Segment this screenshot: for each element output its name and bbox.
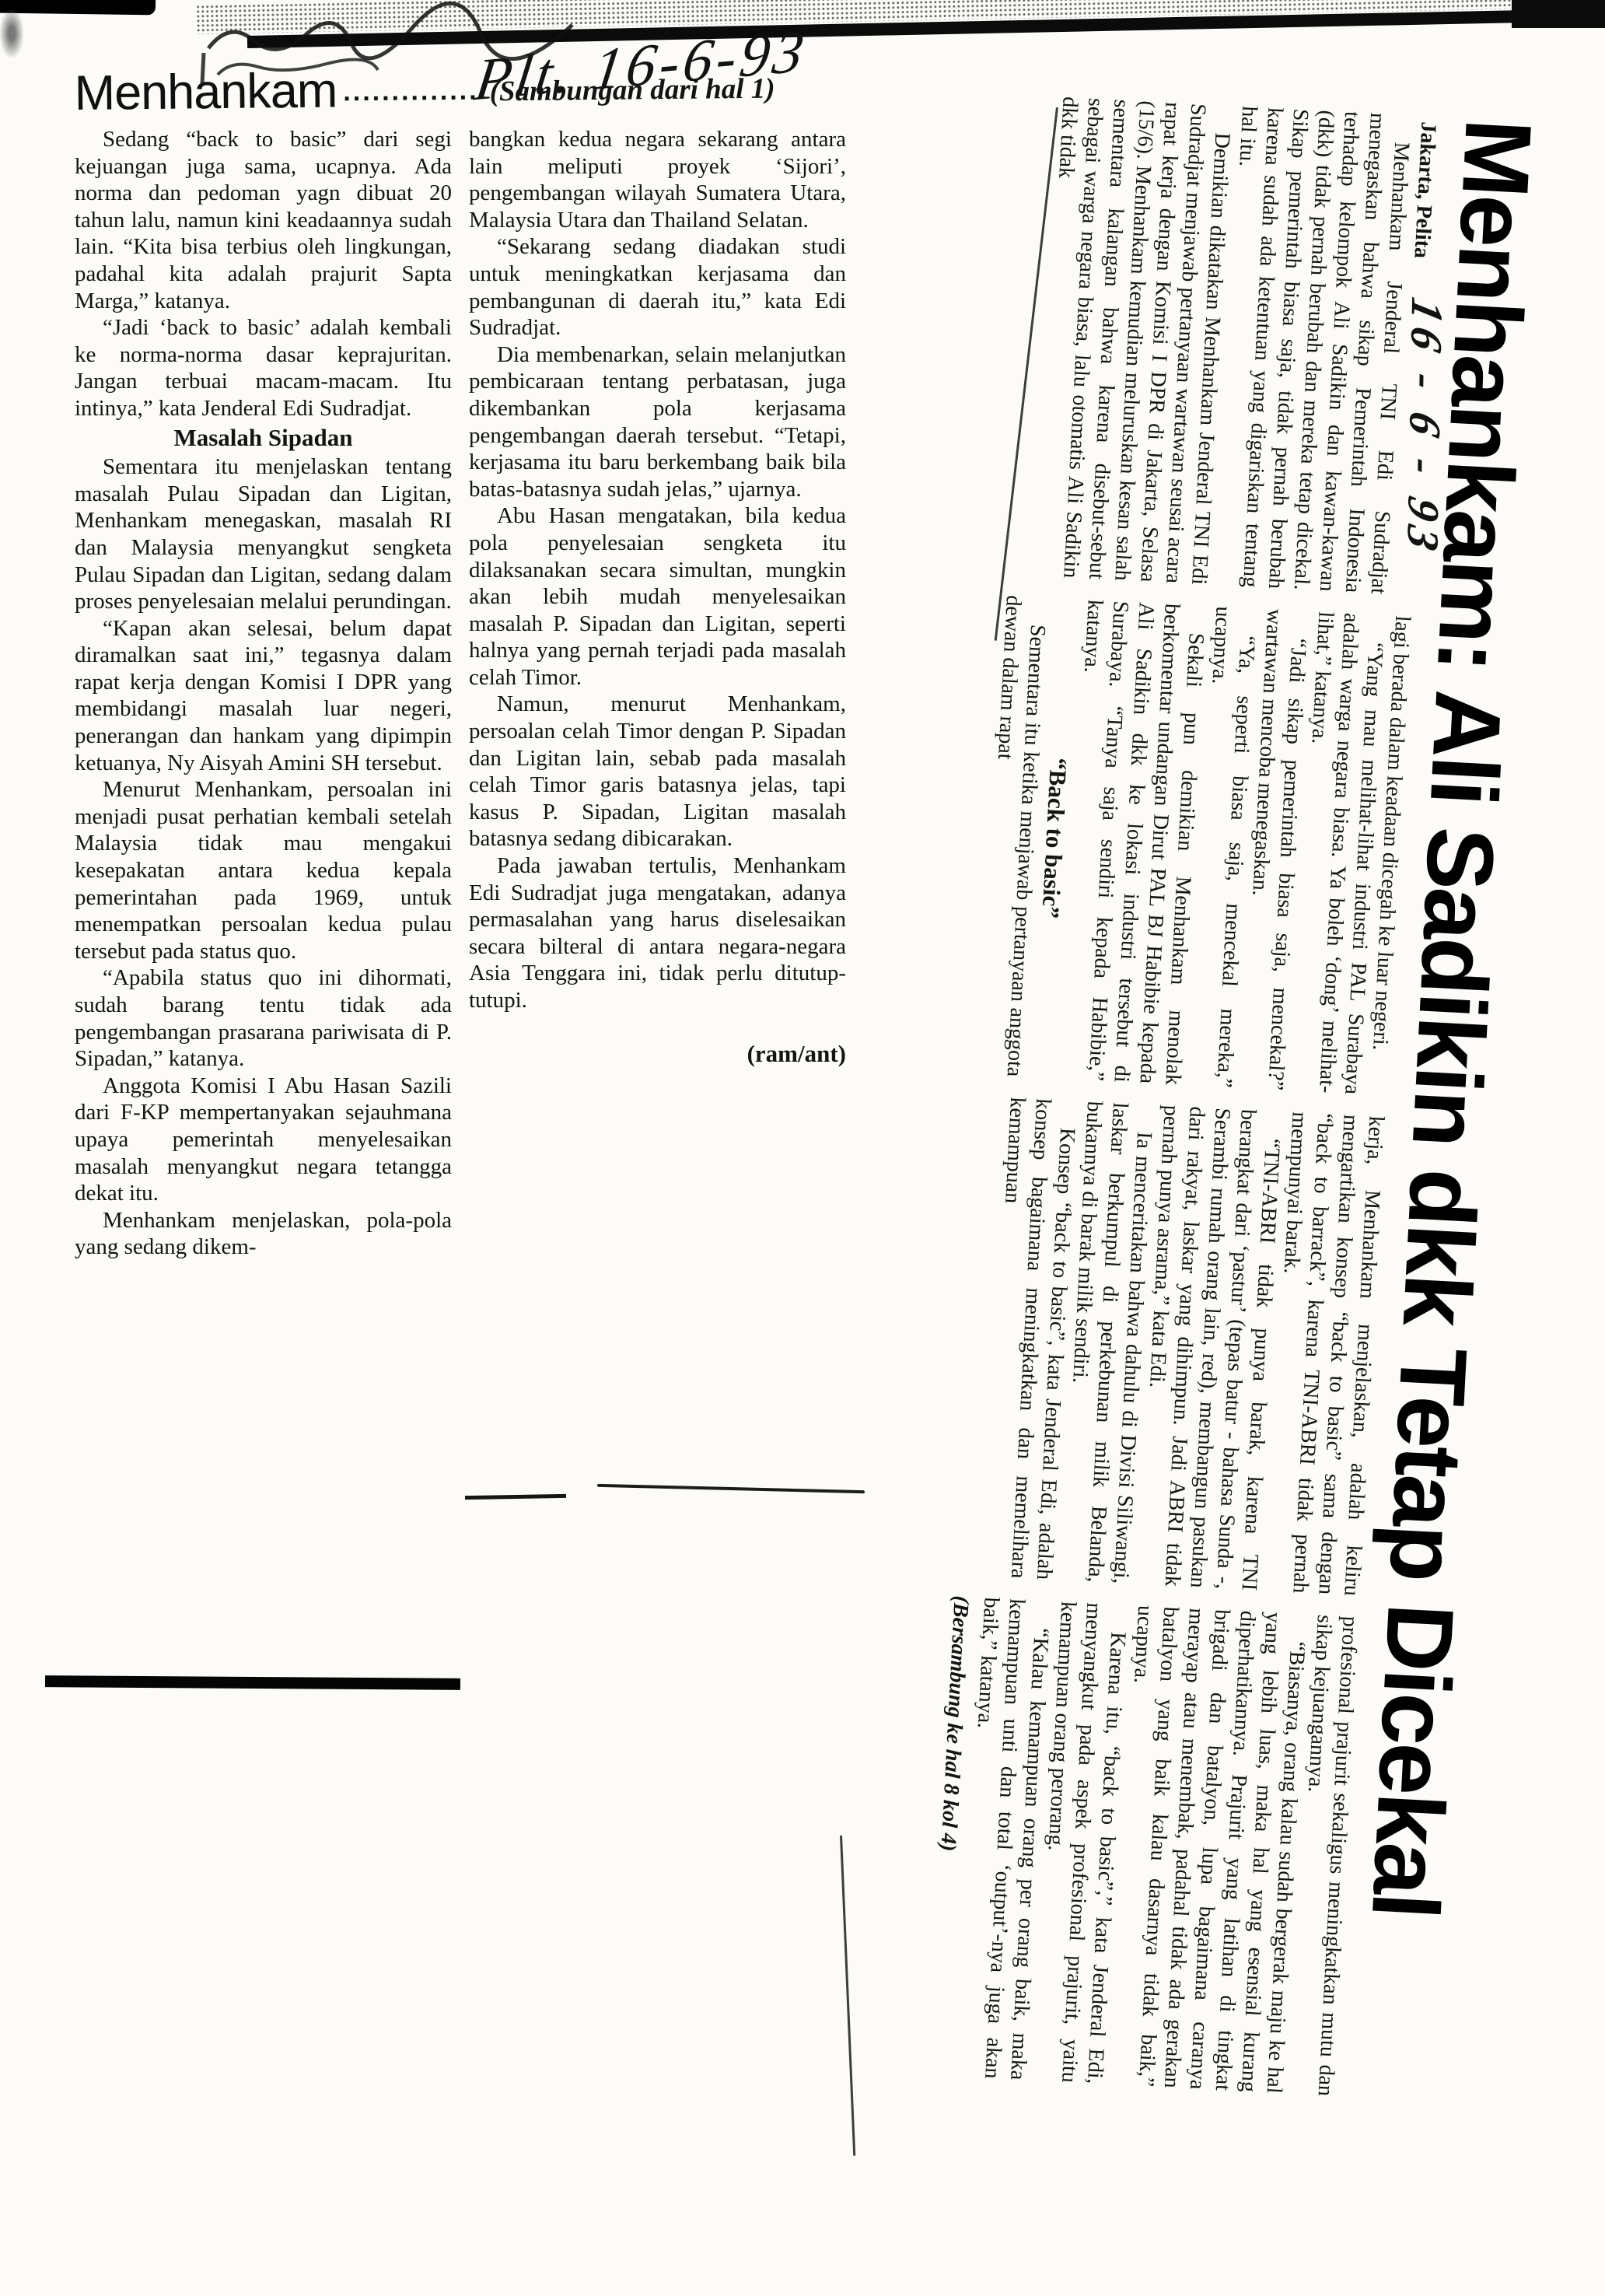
continuation-column-2: bangkan kedua negara sekarang antara lai…	[469, 126, 846, 1261]
scan-black-corner	[1512, 0, 1605, 28]
continuation-column-1: Sedang “back to basic” dari segi kejuang…	[75, 126, 452, 1261]
paragraph: Sementara itu menjelaskan tentang masala…	[75, 453, 452, 615]
paragraph: “Kapan akan selesai, belum dapat diramal…	[75, 615, 452, 777]
front-page-clipping-rotated: Menhankam: Ali Sadikin dkk Tetap Dicekal…	[886, 87, 1549, 2195]
article-title-row: Menhankam.............. (Sambungan dari …	[74, 58, 846, 121]
paragraph: Menhankam Jenderal TNI Edi Sudradjat men…	[1212, 106, 1416, 595]
front-column-1: Jakarta, Pelita 16 - 6 - 93 Menhankam Je…	[1002, 94, 1442, 596]
article-title: Menhankam	[74, 63, 337, 121]
paragraph: bangkan kedua negara sekarang antara lai…	[469, 126, 846, 233]
paragraph: Pada jawaban tertulis, Menhankam Edi Sud…	[469, 852, 846, 1014]
paragraph: “Sekarang sedang diadakan studi untuk me…	[469, 233, 846, 341]
paragraph: Demikian dikatakan Menhankam Jenderal TN…	[1032, 96, 1236, 585]
end-rule-short	[465, 1494, 566, 1500]
paragraph: Anggota Komisi I Abu Hasan Sazili dari F…	[75, 1073, 452, 1207]
front-page-clipping-content: Menhankam: Ali Sadikin dkk Tetap Dicekal…	[780, 87, 1547, 2157]
scanned-newspaper-page: Plt. 16-6-93 Menhankam.............. (Sa…	[0, 0, 1605, 2296]
continuation-article: Menhankam.............. (Sambungan dari …	[75, 65, 846, 1261]
dateline-text: Jakarta, Pelita	[1409, 121, 1440, 259]
paragraph: Dia membenarkan, selain melanjutkan pemb…	[469, 341, 846, 503]
paragraph: “TNI-ABRI tidak punya barak, karena TNI …	[1133, 1104, 1286, 1591]
bottom-rule	[45, 1675, 460, 1690]
paragraph: “Jadi ‘back to basic’ adalah kembali ke …	[75, 314, 452, 422]
paragraph: “Biasanya, orang kalau sudah bergerak ma…	[1107, 1605, 1312, 2094]
dotted-leader: ..............	[343, 76, 479, 107]
credit-byline: (ram/ant)	[469, 1041, 846, 1068]
front-column-3: kerja, Menhankam menjelaskan, adalah kel…	[949, 1095, 1390, 1597]
front-column-4: profesional prajurit sekaligus meningkat…	[923, 1595, 1363, 2097]
paragraph: Sedang “back to basic” dari segi kejuang…	[75, 126, 452, 314]
front-column-1-paragraphs: Menhankam Jenderal TNI Edi Sudradjat men…	[1032, 96, 1416, 594]
handwritten-date-on-clipping: 16 - 6 - 93	[1410, 290, 1440, 558]
paragraph: “Apabila status quo ini dihormati, sudah…	[75, 964, 452, 1072]
paragraph: Abu Hasan mengatakan, bila kedua pola pe…	[469, 502, 846, 691]
paragraph: Menurut Menhankam, persoalan ini menjadi…	[75, 776, 452, 964]
subheading: Masalah Sipadan	[75, 425, 452, 452]
paragraph: Namun, menurut Menhankam, persoalan cela…	[469, 691, 846, 852]
paragraph: Menhankam menjelaskan, pola-pola yang se…	[75, 1207, 452, 1261]
front-column-2: lagi berada dalam keadaan dicegah ke lua…	[975, 595, 1415, 1097]
continuation-tag: (Sambungan dari hal 1)	[489, 73, 775, 108]
scan-edge-smudge	[0, 9, 23, 58]
scan-corner-blob	[0, 0, 156, 15]
paragraph: Sekali pun demikian Menhankam menolak be…	[1057, 599, 1210, 1086]
